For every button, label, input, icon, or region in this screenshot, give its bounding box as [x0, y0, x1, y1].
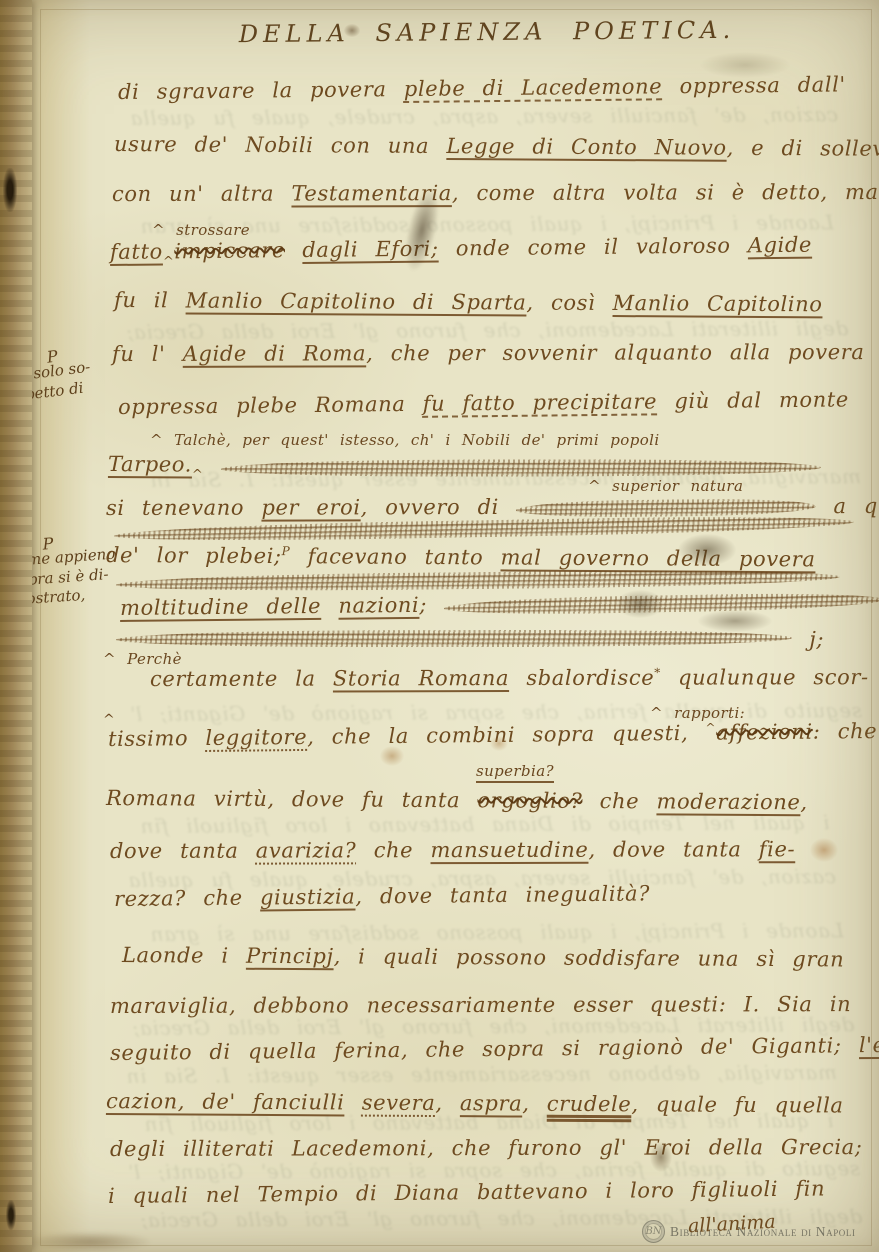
- text-segment: Principj: [246, 944, 334, 969]
- manuscript-line: tissimo leggitore, che la combini sopra …: [108, 719, 877, 751]
- text-segment: tissimo: [108, 726, 206, 751]
- text-segment: i quali nel Tempio di Diana battevano i …: [140, 810, 830, 838]
- text-segment: crudele: [547, 1092, 632, 1117]
- manuscript-line: fu il Manlio Capitolino di Sparta, così …: [114, 288, 823, 316]
- manuscript-line: Laonde i Principj, i quali possono soddi…: [122, 943, 844, 971]
- text-segment: fu il: [114, 288, 186, 312]
- text-segment: [344, 1090, 361, 1114]
- manuscript-line: Romana virtù, dove fu tanta orgoglio? ch…: [106, 786, 808, 814]
- text-segment: leggitore: [205, 725, 307, 750]
- manuscript-line: seguito di quella ferina, che sopra si r…: [110, 1033, 879, 1065]
- text-segment: , come altra volta si è detto, ma ne: [452, 180, 879, 205]
- manuscript-line: usure de' Nobili con una Legge di Conto …: [114, 132, 879, 161]
- text-segment: di sgravare la povera: [118, 77, 404, 104]
- text-segment: certamente la: [150, 667, 333, 691]
- text-segment: ^: [163, 254, 175, 269]
- text-segment: , che la combini sopra questi,: [307, 721, 706, 749]
- scribbled-out-text: [444, 591, 879, 616]
- fox-spot: [810, 838, 838, 862]
- text-segment: [592, 103, 609, 127]
- text-segment: fu fatto precipitare: [423, 389, 658, 415]
- text-segment: fie-: [759, 837, 795, 861]
- manuscript-line: certamente la Storia Romana sbalordisce*…: [150, 665, 869, 691]
- text-segment: degli illiterati Lacedemoni, che furono …: [110, 1135, 863, 1161]
- catchword: all'anima: [687, 1211, 776, 1238]
- text-segment: Storia Romana: [333, 666, 509, 690]
- text-segment: Principj: [631, 211, 715, 235]
- text-segment: ,: [435, 1091, 460, 1115]
- text-segment: : che: [813, 719, 878, 744]
- text-segment: cazion, de' fanciulli: [609, 102, 838, 127]
- text-segment: maraviglia, debbono necessariamente esse…: [126, 1060, 837, 1088]
- text-segment: Romana virtù, dove fu tanta: [106, 786, 478, 812]
- text-segment: onde come il valoroso: [438, 233, 747, 260]
- manuscript-line: maraviglia, debbono necessariamente esse…: [110, 992, 851, 1018]
- text-segment: giustizia: [260, 884, 356, 909]
- text-segment: , che per sovvenir alquanto alla povera: [366, 340, 864, 365]
- text-segment: , quale fu quella: [631, 1092, 843, 1117]
- text-segment: , quale fu quella: [130, 105, 334, 130]
- text-segment: plebe di Lacedemone: [404, 74, 663, 101]
- text-segment: i quali nel Tempio di Diana battevano i …: [108, 1176, 825, 1208]
- text-segment: Tarpeo.: [108, 452, 192, 477]
- text-segment: giù dal monte: [657, 387, 849, 413]
- scribbled-out-text: [116, 630, 792, 648]
- interlinear-insertion: ^ strossare: [152, 221, 250, 239]
- crossed-out-line: j;: [116, 623, 824, 651]
- text-segment: ,: [415, 104, 439, 128]
- book-binding: [0, 0, 32, 1252]
- text-segment: aspra: [439, 104, 499, 128]
- text-segment: ,: [800, 790, 807, 814]
- text-segment: Agide: [748, 233, 812, 258]
- text-segment: sbalordisce: [509, 666, 654, 690]
- manuscript-line: i quali nel Tempio di Diana battevano i …: [108, 1176, 825, 1208]
- scribbled-out-text: [114, 514, 854, 544]
- text-segment: mansuetudine: [430, 838, 588, 862]
- text-segment: l'edu-: [859, 1033, 879, 1058]
- text-segment: moltitudine delle: [120, 594, 321, 620]
- text-segment: moderazione: [656, 789, 800, 814]
- interlinear-insertion: ^ Talchè, per quest' istesso, ch' i Nobi…: [150, 431, 660, 449]
- text-segment: , dove tanta: [588, 837, 758, 861]
- text-segment: Manlio Capitolino di Sparta: [186, 288, 527, 314]
- scribbled-out-text: [221, 459, 821, 477]
- text-segment: nazioni: [338, 593, 419, 618]
- text-segment: ^ rapporti:: [650, 704, 745, 722]
- manuscript-page: cazion, de' fanciulli severa, aspra, cru…: [0, 0, 879, 1252]
- text-segment: fu l': [112, 342, 183, 366]
- manuscript-line: dove tanta avarizia? che mansuetudine, d…: [110, 837, 795, 863]
- text-segment: crudele: [334, 104, 415, 128]
- text-segment: Laonde i: [122, 943, 246, 968]
- text-segment: si tenevano: [106, 496, 261, 520]
- text-segment: Principj: [641, 919, 725, 943]
- text-segment: [285, 238, 303, 262]
- interlinear-insertion: ^ rapporti:: [650, 704, 745, 722]
- text-segment: [203, 453, 220, 477]
- text-segment: ^ Talchè, per quest' istesso, ch' i Nobi…: [150, 431, 660, 449]
- text-segment: qualunque scor-: [661, 665, 869, 690]
- text-segment: oppressa dall': [662, 72, 846, 98]
- interlinear-insertion: superbia?: [476, 762, 554, 780]
- text-segment: affezioni: [716, 720, 813, 745]
- manuscript-line: moltitudine delle nazioni;: [120, 588, 879, 620]
- text-segment: de' lor plebei;: [106, 543, 282, 568]
- interlinear-insertion: ^ superior natura: [588, 477, 743, 495]
- text-segment: facevano tanto: [290, 544, 500, 569]
- text-segment: dove tanta: [110, 839, 256, 863]
- manuscript-line: cazion, de' fanciulli severa, aspra, cru…: [106, 1089, 844, 1118]
- bleed-through-text: maraviglia, debbono necessariamente esse…: [126, 1060, 837, 1088]
- text-segment: usure de' Nobili con una: [114, 132, 447, 158]
- text-segment: rezza? che: [114, 885, 260, 911]
- text-segment: severa: [362, 1091, 436, 1115]
- bleed-through-text: Laonde i Principj, i quali possono soddi…: [150, 918, 844, 946]
- manuscript-line: con un' altra Testamentaria, come altra …: [112, 180, 879, 206]
- text-segment: maraviglia, debbono necessariamente esse…: [110, 992, 851, 1018]
- manuscript-scan: { "doc": { "title": "DELLA SAPIENZA POET…: [0, 0, 879, 1252]
- text-segment: seguito di quella ferina, che sopra si r…: [110, 1033, 859, 1065]
- text-segment: ^ Perchè: [103, 650, 182, 668]
- text-segment: l'edu-: [132, 702, 142, 726]
- text-segment: [321, 594, 339, 618]
- stamp-monogram-icon: BN: [642, 1220, 665, 1243]
- text-segment: cazion, de' fanciulli: [106, 1089, 345, 1114]
- manuscript-line: fu l' Agide di Roma, che per sovvenir al…: [112, 340, 865, 366]
- text-segment: ,: [498, 104, 522, 128]
- text-segment: ^: [192, 468, 204, 483]
- text-segment: ;: [419, 593, 444, 617]
- text-segment: severa: [522, 103, 592, 127]
- text-segment: Laonde i: [724, 918, 843, 943]
- text-segment: oppressa plebe Romana: [118, 392, 423, 419]
- text-segment: superbia?: [476, 762, 554, 780]
- binding-knot: [6, 1200, 16, 1230]
- text-segment: Manlio Capitolino: [613, 291, 823, 316]
- bleed-through-text: cazion, de' fanciulli severa, aspra, cru…: [130, 102, 838, 130]
- text-segment: j;: [792, 627, 824, 651]
- text-segment: con un' altra: [112, 182, 291, 206]
- manuscript-line: degli illiterati Lacedemoni, che furono …: [110, 1135, 863, 1161]
- text-segment: fatto: [110, 239, 163, 264]
- manuscript-line: fatto^impiccare dagli Efori; onde come i…: [110, 233, 812, 270]
- text-segment: Laonde i: [714, 210, 833, 235]
- text-segment: orgoglio?: [477, 788, 582, 813]
- text-segment: , dove tanta inegualità?: [355, 881, 650, 908]
- manuscript-line: oppressa plebe Romana fu fatto precipita…: [118, 387, 849, 419]
- text-segment: che: [582, 789, 656, 813]
- text-segment: ^ superior natura: [588, 477, 743, 495]
- text-segment: Agide di Roma: [183, 341, 366, 365]
- text-segment: aspra: [460, 1091, 522, 1115]
- text-segment: dagli Efori;: [302, 237, 439, 262]
- text-segment: l'edu-: [130, 1160, 140, 1184]
- page-title: DELLA SAPIENZA POETICA.: [112, 15, 862, 50]
- text-segment: impiccare: [174, 238, 285, 263]
- text-segment: ^ strossare: [152, 221, 250, 239]
- text-segment: avarizia?: [256, 838, 357, 862]
- text-segment: Legge di Conto Nuovo: [446, 134, 726, 160]
- crossed-out-line: [116, 566, 840, 592]
- text-segment: che: [356, 838, 430, 862]
- edge-shadow: [30, 1232, 150, 1252]
- manuscript-line: rezza? che giustizia, dove tanta inegual…: [114, 881, 650, 911]
- manuscript-line: di sgravare la povera plebe di Lacedemon…: [118, 72, 846, 104]
- binding-knot: [3, 168, 17, 212]
- bleed-through-text: i quali nel Tempio di Diana battevano i …: [140, 810, 830, 838]
- fox-spot: [380, 746, 404, 766]
- text-segment: ^: [705, 721, 716, 735]
- insertion-caret: ^: [103, 712, 115, 728]
- text-segment: Testamentaria: [291, 181, 452, 205]
- text-segment: , così: [526, 291, 612, 316]
- text-segment: , i quali possono soddisfare una sì gran: [334, 944, 845, 971]
- interlinear-insertion: ^ Perchè: [103, 650, 182, 668]
- text-segment: , i quali possono soddisfare una sì gran: [150, 919, 641, 946]
- text-segment: ,: [522, 1092, 547, 1116]
- text-segment: , e di sollevarla: [727, 136, 879, 161]
